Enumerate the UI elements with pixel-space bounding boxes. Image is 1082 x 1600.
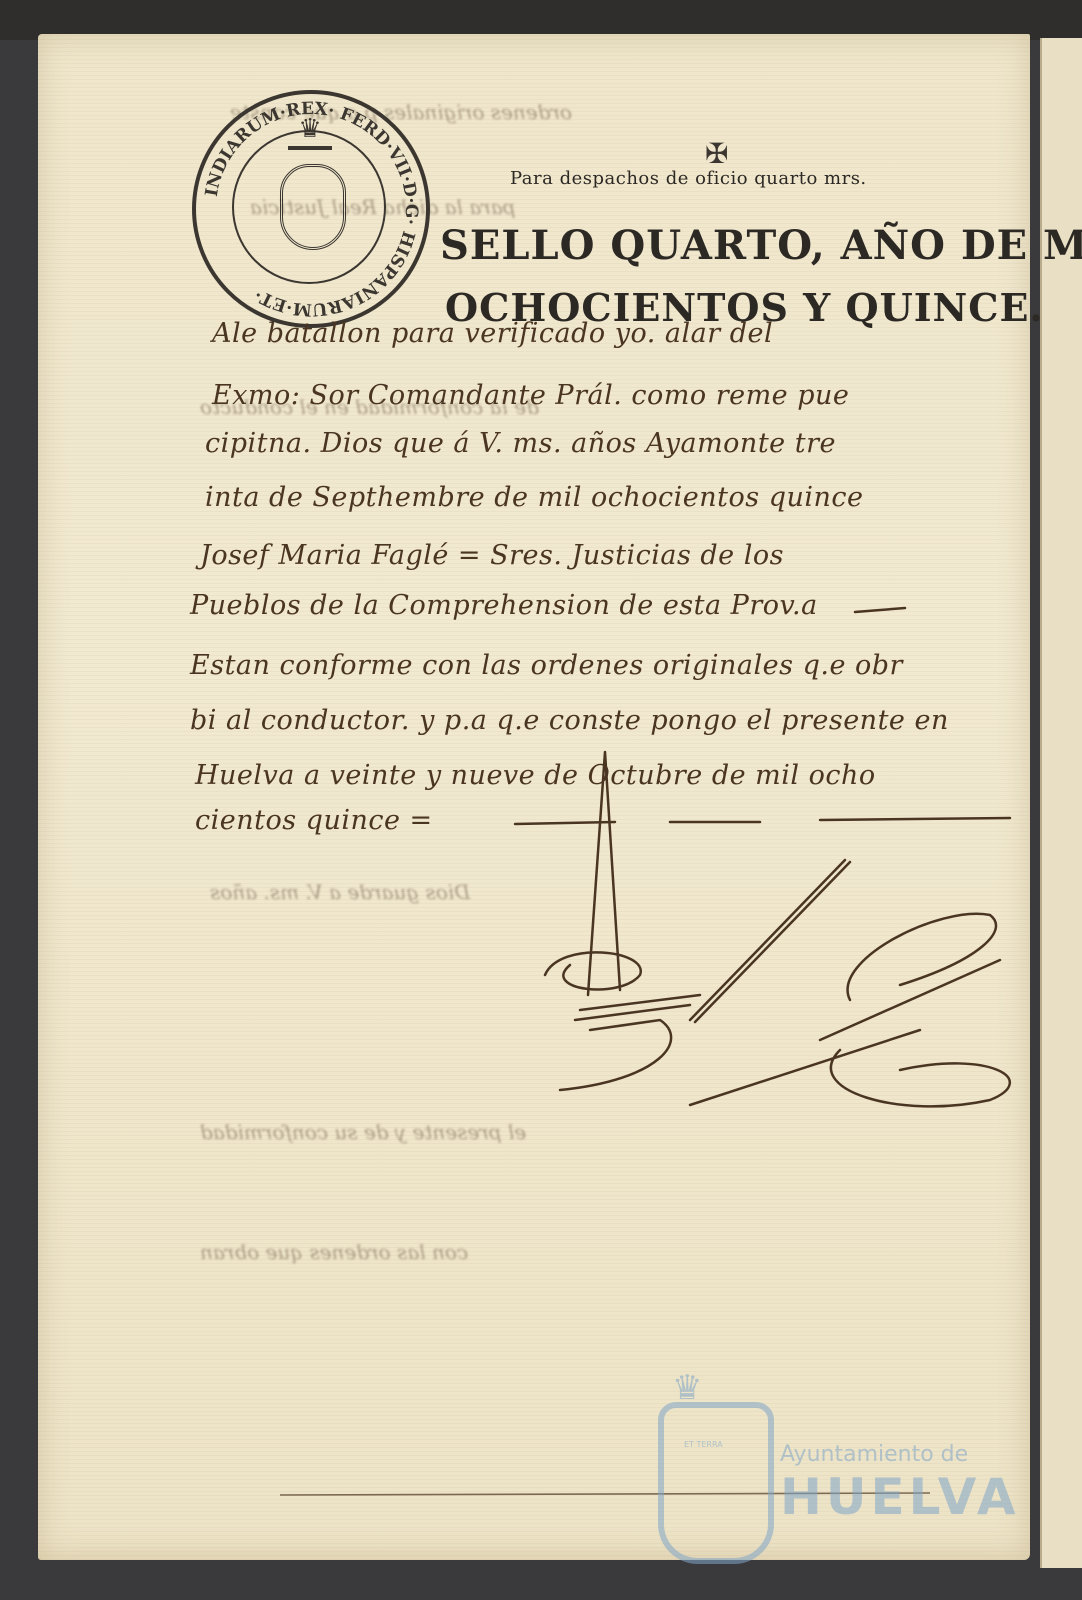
archive-watermark: ♛ ET TERRA Ayuntamiento de HUELVA bbox=[650, 1370, 990, 1560]
signature-left-rubric bbox=[588, 752, 620, 995]
watermark-motto: ET TERRA bbox=[684, 1440, 723, 1449]
underline-strokes bbox=[515, 818, 1010, 824]
huelva-shield-icon bbox=[658, 1402, 774, 1564]
watermark-big-text: HUELVA bbox=[780, 1468, 1020, 1526]
watermark-small-text: Ayuntamiento de bbox=[780, 1442, 968, 1467]
flourish-line bbox=[855, 608, 905, 612]
signature-right-rubric bbox=[690, 914, 1010, 1107]
signature-diagonal bbox=[690, 860, 850, 1022]
signature-strokes bbox=[0, 0, 1082, 1600]
crown-icon: ♛ bbox=[672, 1370, 762, 1406]
